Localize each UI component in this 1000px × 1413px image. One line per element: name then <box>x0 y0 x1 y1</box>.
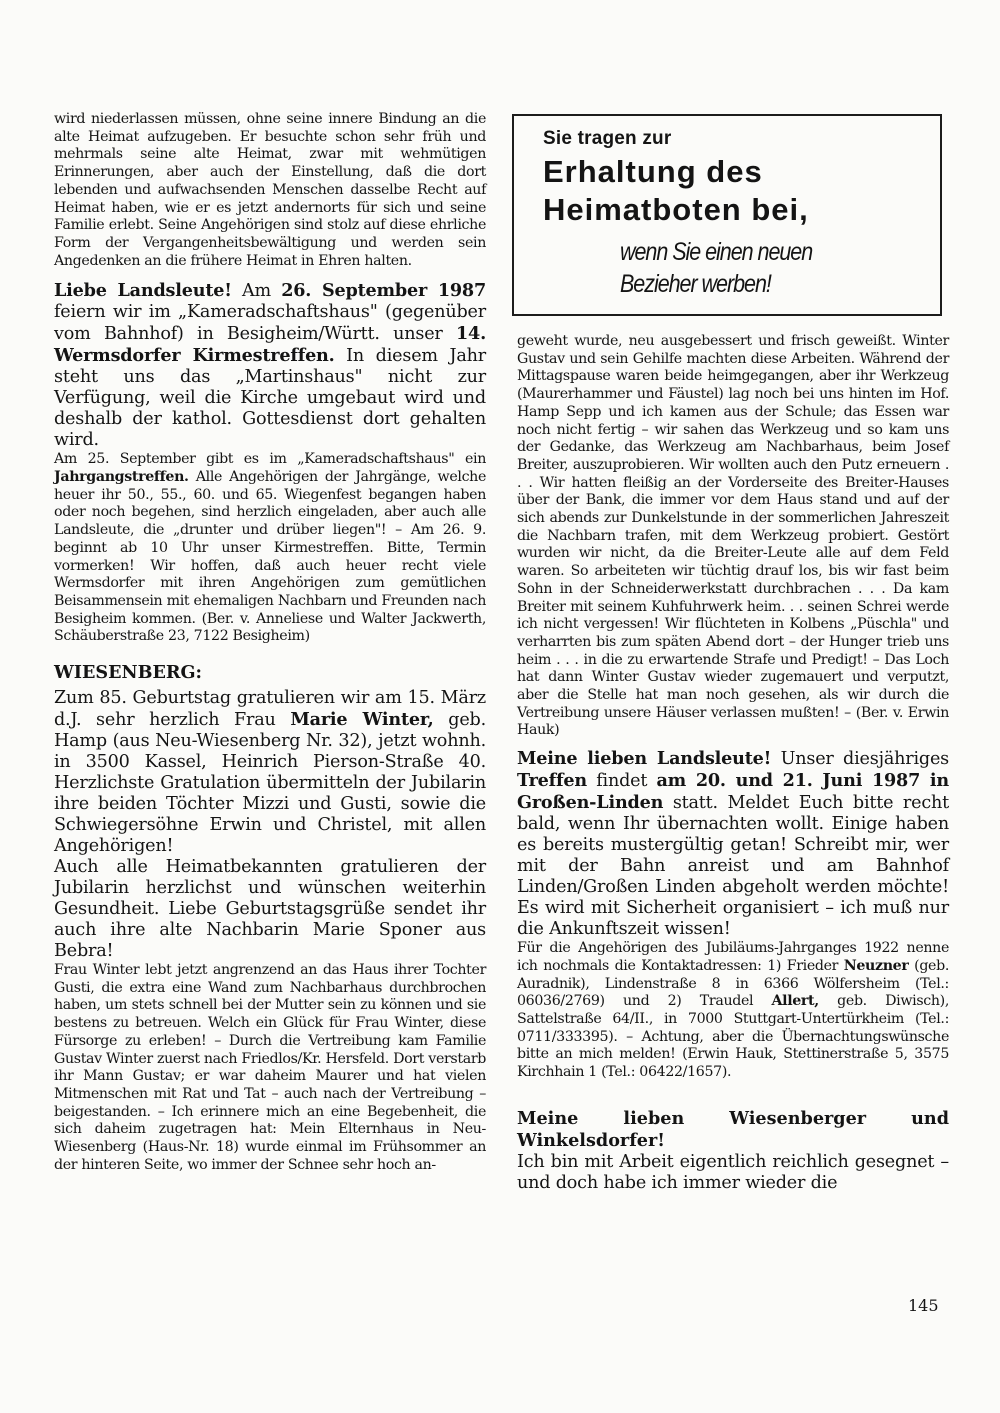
text: Unser diesjähriges <box>771 749 949 769</box>
text: Am <box>232 281 281 301</box>
name-allert-bold: Allert, <box>772 993 819 1009</box>
greeting-bold: Liebe Landsleute! <box>54 280 232 301</box>
ad-tagline-line2: Bezieher werben! <box>620 270 771 299</box>
text: findet <box>587 771 656 791</box>
paragraph-birthday-marie-winter: Zum 85. Geburtstag gratulieren wir am 15… <box>54 688 486 857</box>
paragraph-kirmestreffen-announcement: Liebe Landsleute! Am 26. September 1987 … <box>54 280 486 451</box>
right-column: geweht wurde, neu ausgebessert und frisc… <box>517 333 949 1194</box>
text: feiern wir im „Kameradschaftshaus" (gege… <box>54 302 486 344</box>
greeting-bold: Meine lieben Landsleute! <box>517 748 771 769</box>
paragraph-contact-addresses: Für die Angehörigen des Jubiläums-Jahrga… <box>517 940 949 1082</box>
page-number: 145 <box>908 1296 939 1315</box>
ad-intro-text: Sie tragen zur <box>543 128 671 150</box>
text: statt. Meldet Euch bitte recht bald, wen… <box>517 793 949 939</box>
paragraph-heimatbekannten-greetings: Auch alle Heimatbekannten gratulieren de… <box>54 857 486 962</box>
date-bold: 26. September 1987 <box>281 280 486 301</box>
text: Am 25. September gibt es im „Kameradscha… <box>54 451 486 467</box>
section-heading-wiesenberg: WIESENBERG: <box>54 662 486 684</box>
left-column: wird niederlassen müssen, ohne seine inn… <box>54 111 486 1175</box>
name-neuzner-bold: Neuzner <box>844 958 909 974</box>
treffen-bold: Treffen <box>517 770 587 791</box>
ad-headline-line1: Erhaltung des <box>543 154 763 190</box>
advertisement-box: Sie tragen zur Erhaltung des Heimatboten… <box>512 114 942 316</box>
paragraph-jahrgangstreffen: Am 25. September gibt es im „Kameradscha… <box>54 451 486 646</box>
section-heading-wiesenberger-winkelsdorfer: Meine lieben Wiesenberger und Winkelsdor… <box>517 1108 949 1152</box>
paragraph-closing-fragment: Ich bin mit Arbeit eigentlich reichlich … <box>517 1152 949 1194</box>
paragraph-frau-winter-story: Frau Winter lebt jetzt angrenzend an das… <box>54 962 486 1174</box>
text: geb. Hamp (aus Neu-Wiesenberg Nr. 32), j… <box>54 710 486 856</box>
jahrgangstreffen-bold: Jahrgangstreffen. <box>54 469 189 485</box>
paragraph-treffen-announcement: Meine lieben Landsleute! Unser diesjähri… <box>517 748 949 940</box>
text: Alle Angehörigen der Jahrgänge, welche h… <box>54 469 486 644</box>
paragraph-werkzeug-story: geweht wurde, neu ausgebessert und frisc… <box>517 333 949 740</box>
ad-tagline-line1: wenn Sie einen neuen <box>620 238 812 267</box>
name-bold: Marie Winter, <box>290 709 433 730</box>
ad-headline-line2: Heimatboten bei, <box>543 192 809 228</box>
paragraph-heimat-bindung: wird niederlassen müssen, ohne seine inn… <box>54 111 486 270</box>
